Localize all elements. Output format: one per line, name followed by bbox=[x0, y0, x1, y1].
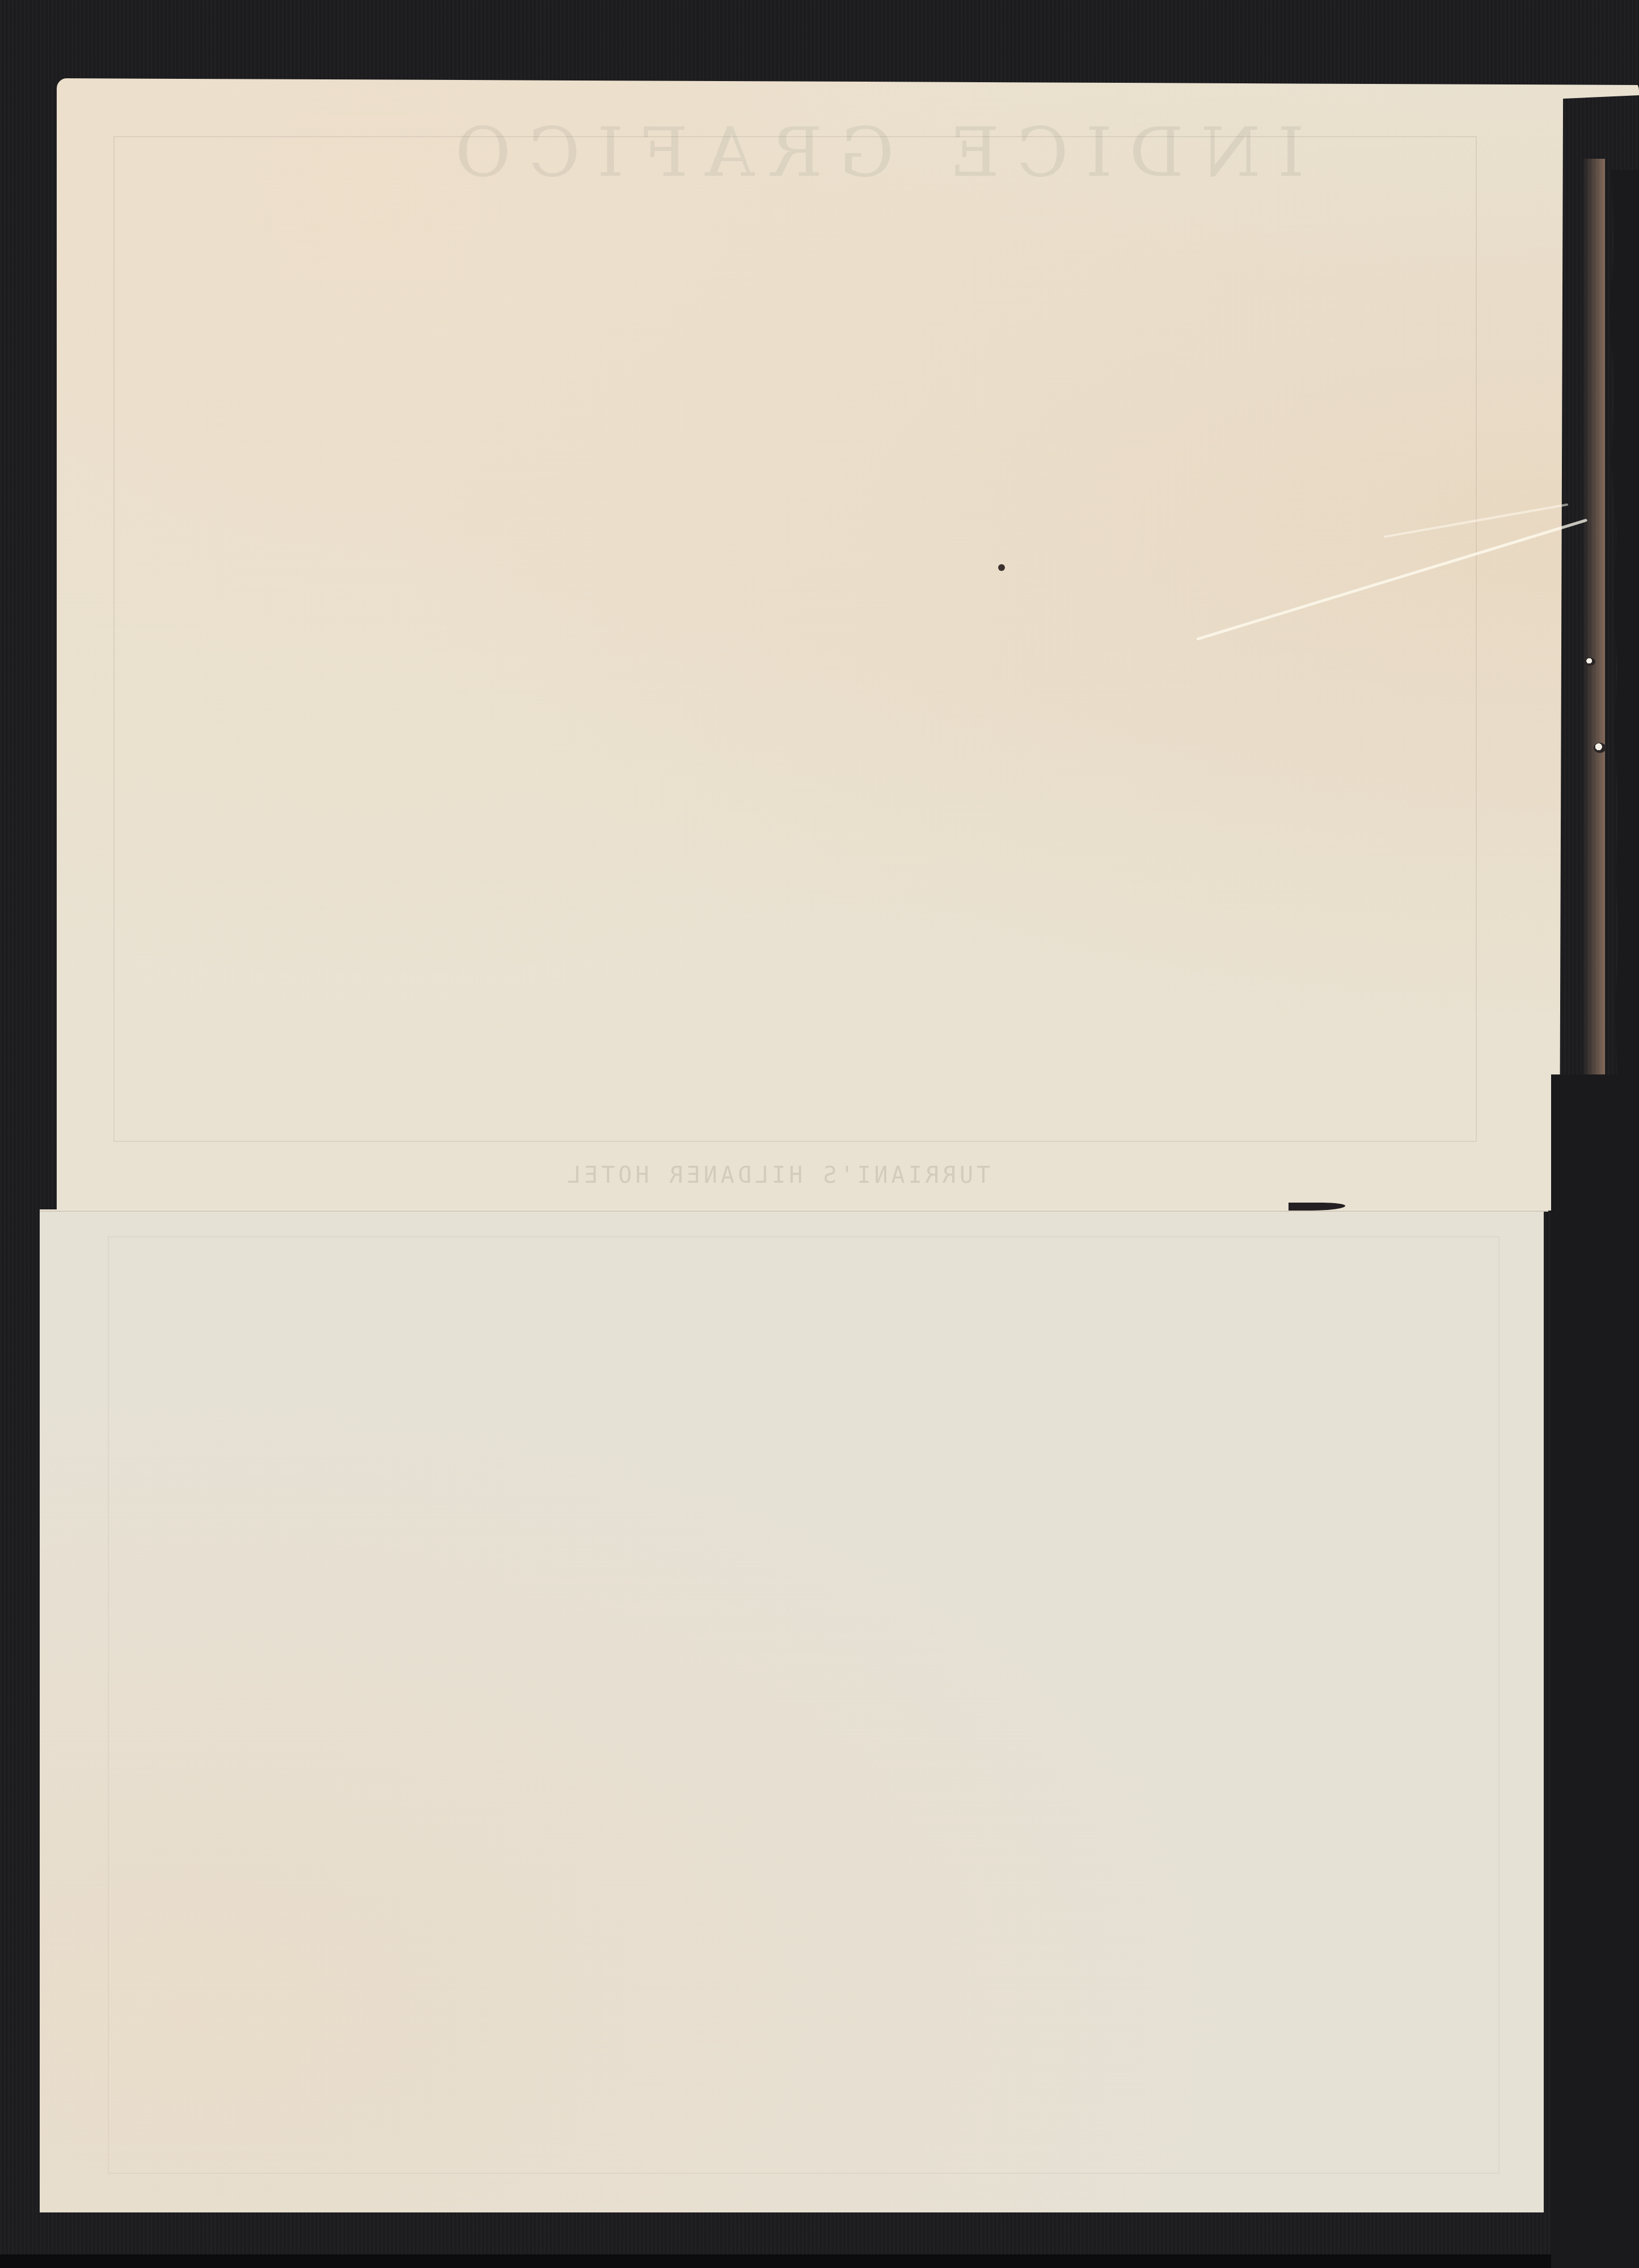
show-through-title: INDICE GRAFICO bbox=[510, 113, 1304, 192]
printed-frame-upper bbox=[113, 136, 1477, 1142]
missing-corner-notch bbox=[1551, 1074, 1639, 2268]
printed-frame-lower bbox=[108, 1236, 1499, 2174]
puncture-hole bbox=[1585, 658, 1595, 666]
ink-speck bbox=[998, 564, 1005, 571]
scan-bottom-strip bbox=[0, 2254, 1639, 2268]
show-through-caption: TURRIANI'S HILDANER HOTEL bbox=[125, 1162, 1429, 1188]
puncture-hole bbox=[1594, 743, 1606, 753]
edge-stain bbox=[1582, 159, 1605, 1077]
